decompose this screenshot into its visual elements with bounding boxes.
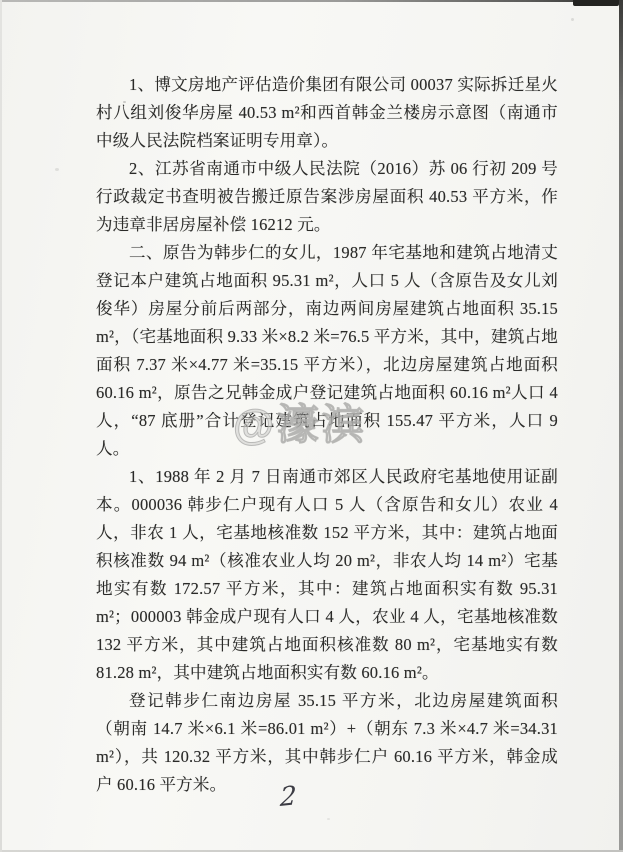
paragraph-section-2: 二、原告为韩步仁的女儿，1987 年宅基地和建筑占地清丈登记本户建筑占地面积 9… <box>96 239 558 463</box>
scan-edge-top <box>0 0 623 2</box>
page-number: 2 <box>280 781 298 813</box>
paragraph-registration-summary: 登记韩步仁南边房屋 35.15 平方米，北边房屋建筑面积（朝南 14.7 米×6… <box>96 687 558 799</box>
scan-edge-top-right-corner <box>573 0 619 6</box>
scan-edge-right <box>619 0 623 852</box>
scan-speck <box>123 101 126 103</box>
document-body-text: 1、博文房地产评估造价集团有限公司 00037 实际拆迁星火村八组刘俊华房屋 4… <box>96 71 558 799</box>
scanned-document-page: 1、博文房地产评估造价集团有限公司 00037 实际拆迁星火村八组刘俊华房屋 4… <box>0 0 623 852</box>
scan-edge-left <box>0 0 2 852</box>
scan-speck <box>55 168 59 171</box>
paragraph-evidence-2: 2、江苏省南通市中级人民法院（2016）苏 06 行初 209 号行政裁定书查明… <box>96 155 558 239</box>
paragraph-land-certificate: 1、1988 年 2 月 7 日南通市郊区人民政府宅基地使用证副本。000036… <box>96 463 558 687</box>
scan-speck <box>327 818 330 820</box>
paragraph-evidence-1: 1、博文房地产评估造价集团有限公司 00037 实际拆迁星火村八组刘俊华房屋 4… <box>96 71 558 155</box>
scan-speck <box>571 18 574 21</box>
